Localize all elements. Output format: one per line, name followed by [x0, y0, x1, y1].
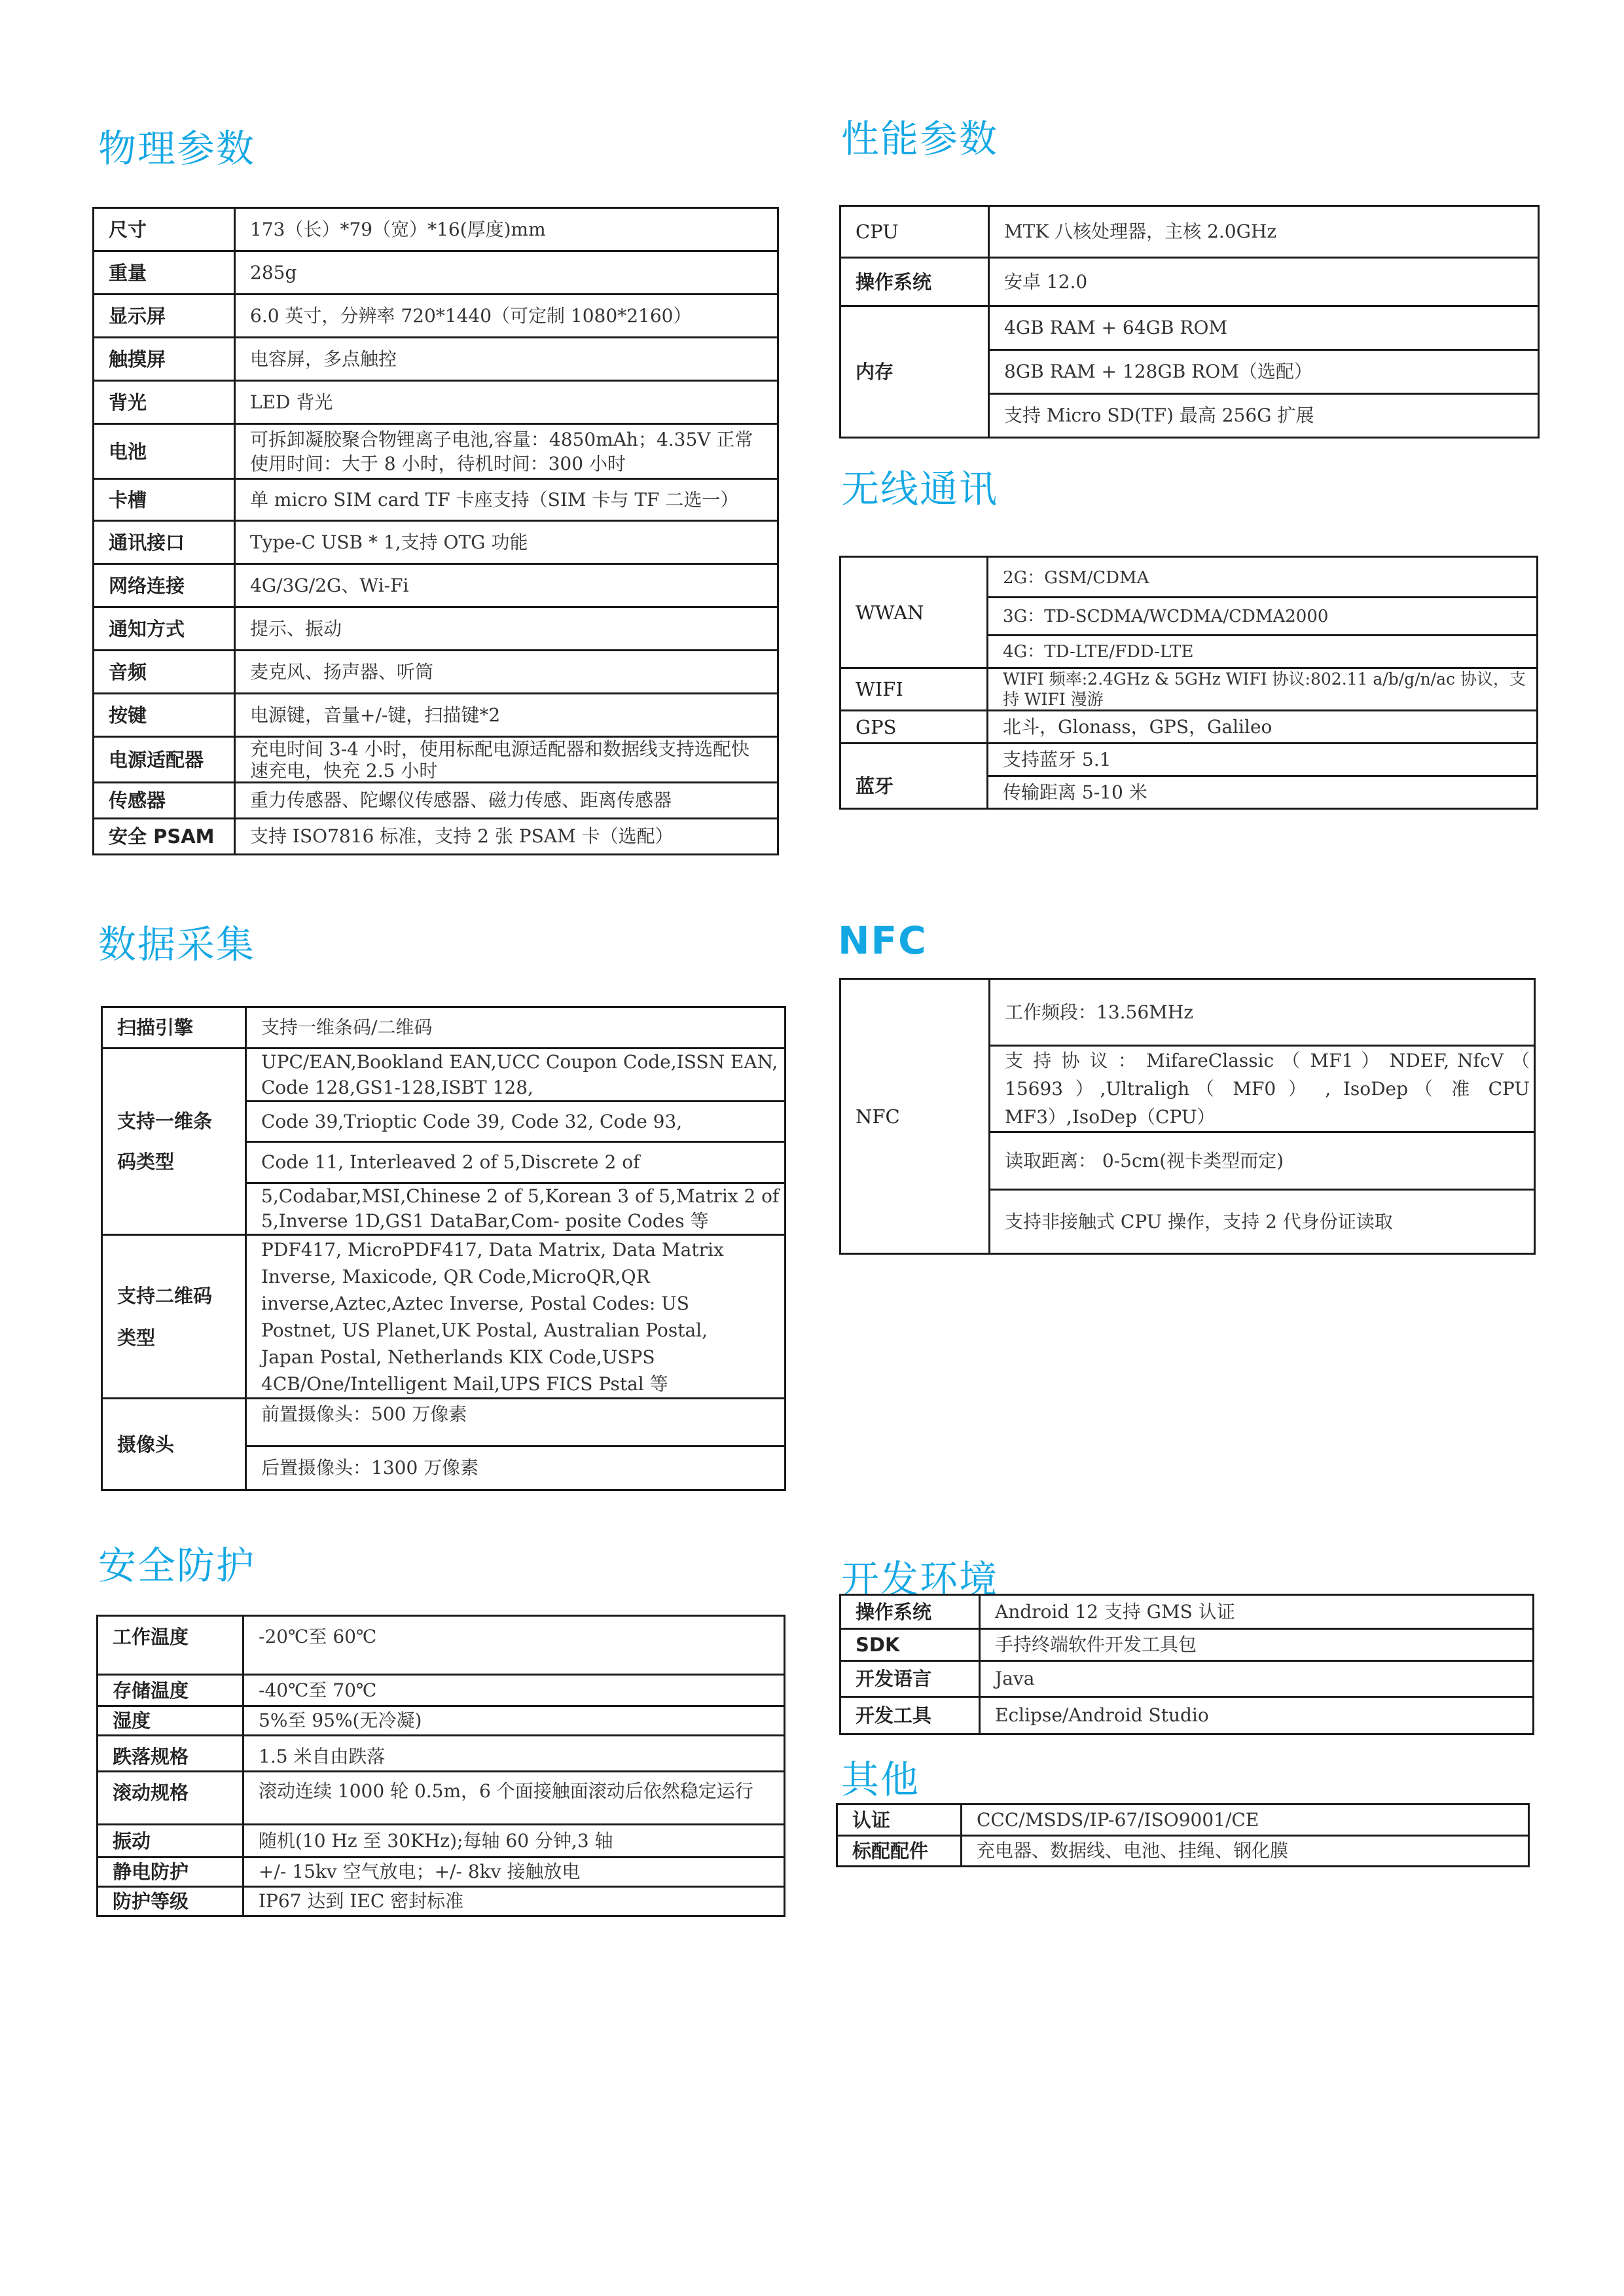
section-title-data-capture: 数据采集: [98, 925, 255, 963]
row-label: 背光: [94, 381, 235, 424]
row-value: Type-C USB * 1,支持 OTG 功能: [235, 521, 778, 564]
table-row: 内存4GB RAM + 64GB ROM: [840, 306, 1539, 350]
row-value: 随机(10 Hz 至 30KHz);每轴 60 分钟,3 轴: [244, 1825, 785, 1857]
wwan-value: 2G：GSM/CDMA: [988, 557, 1538, 598]
row-label: 操作系统: [840, 1595, 980, 1629]
table-row: 触摸屏电容屏，多点触控: [94, 338, 778, 381]
table-row: 卡槽单 micro SIM card TF 卡座支持（SIM 卡与 TF 二选一…: [94, 479, 778, 521]
gps-value: 北斗，Glonass，GPS，Galileo: [988, 711, 1538, 744]
table-row: 开发工具Eclipse/Android Studio: [840, 1697, 1534, 1734]
row-label: 静电防护: [98, 1857, 244, 1887]
table-row: 背光LED 背光: [94, 381, 778, 424]
row-label: 跌落规格: [98, 1736, 244, 1772]
bluetooth-value: 传输距离 5-10 米: [988, 776, 1538, 809]
row-label: 防护等级: [98, 1887, 244, 1916]
engine-label: 扫描引擎: [102, 1007, 246, 1049]
physical-specs-table: 尺寸173（长）*79（宽）*16(厚度)mm 重量285g 显示屏6.0 英寸…: [92, 207, 779, 855]
table-row: 工作温度-20℃至 60℃: [98, 1616, 785, 1675]
table-row: 静电防护+/- 15kv 空气放电；+/- 8kv 接触放电: [98, 1857, 785, 1887]
table-row: 显示屏6.0 英寸，分辨率 720*1440（可定制 1080*2160）: [94, 295, 778, 338]
section-title-other: 其他: [841, 1761, 920, 1799]
bluetooth-label: 蓝牙: [840, 744, 988, 809]
table-row: 蓝牙支持蓝牙 5.1: [840, 744, 1538, 776]
section-title-nfc: NFC: [838, 922, 928, 960]
section-title-performance: 性能参数: [841, 120, 998, 158]
table-row: 音频麦克风、扬声器、听筒: [94, 651, 778, 694]
nfc-value: 工作频段：13.56MHz: [990, 979, 1535, 1046]
row-value: +/- 15kv 空气放电；+/- 8kv 接触放电: [244, 1857, 785, 1887]
row-value: 1.5 米自由跌落: [244, 1736, 785, 1772]
wwan-label: WWAN: [840, 557, 988, 668]
table-row: WIFIWIFI 频率:2.4GHz & 5GHz WIFI 协议:802.11…: [840, 668, 1538, 711]
row-label: 存储温度: [98, 1675, 244, 1706]
row-value: Eclipse/Android Studio: [980, 1697, 1534, 1734]
section-title-physical: 物理参数: [98, 130, 255, 168]
row-label: 触摸屏: [94, 338, 235, 381]
table-row: 传感器重力传感器、陀螺仪传感器、磁力传感、距离传感器: [94, 783, 778, 819]
data-capture-table: 扫描引擎支持一维条码/二维码 支持一维条码类型UPC/EAN,Bookland …: [101, 1006, 786, 1491]
row-value: CCC/MSDS/IP-67/ISO9001/CE: [962, 1804, 1529, 1836]
row-value: 173（长）*79（宽）*16(厚度)mm: [235, 208, 778, 251]
row-value: -20℃至 60℃: [244, 1616, 785, 1675]
engine-value: 支持一维条码/二维码: [246, 1007, 785, 1049]
performance-specs-table: CPUMTK 八核处理器，主核 2.0GHz 操作系统安卓 12.0 内存4GB…: [839, 205, 1540, 439]
row-value: 可拆卸凝胶聚合物锂离子电池,容量：4850mAh；4.35V 正常使用时间：大于…: [235, 424, 778, 479]
wwan-value: 3G：TD-SCDMA/WCDMA/CDMA2000: [988, 598, 1538, 636]
row-value: Java: [980, 1661, 1534, 1697]
row-value: 提示、振动: [235, 607, 778, 651]
dev-env-table: 操作系统Android 12 支持 GMS 认证 SDK手持终端软件开发工具包 …: [839, 1594, 1534, 1735]
row-label: 开发语言: [840, 1661, 980, 1697]
security-table: 工作温度-20℃至 60℃ 存储温度-40℃至 70℃ 湿度5%至 95%(无冷…: [96, 1615, 785, 1917]
row-label: 认证: [837, 1804, 962, 1836]
table-row: 安全 PSAM支持 ISO7816 标准，支持 2 张 PSAM 卡（选配）: [94, 819, 778, 855]
oned-value: Code 39,Trioptic Code 39, Code 32, Code …: [246, 1102, 785, 1142]
nfc-value: 读取距离： 0-5cm(视卡类型而定): [990, 1132, 1535, 1190]
table-row: NFC工作频段：13.56MHz: [840, 979, 1535, 1046]
row-label: 传感器: [94, 783, 235, 819]
row-label: 音频: [94, 651, 235, 694]
camera-value: 后置摄像头：1300 万像素: [246, 1446, 785, 1490]
row-value: LED 背光: [235, 381, 778, 424]
row-value: 支持 ISO7816 标准，支持 2 张 PSAM 卡（选配）: [235, 819, 778, 855]
row-value: 充电器、数据线、电池、挂绳、钢化膜: [962, 1836, 1529, 1867]
table-row: 摄像头前置摄像头：500 万像素: [102, 1399, 785, 1446]
other-table: 认证CCC/MSDS/IP-67/ISO9001/CE 标配配件充电器、数据线、…: [836, 1803, 1530, 1867]
row-value: 电源键，音量+/-键，扫描键*2: [235, 694, 778, 737]
row-label: 按键: [94, 694, 235, 737]
table-row: 振动随机(10 Hz 至 30KHz);每轴 60 分钟,3 轴: [98, 1825, 785, 1857]
section-title-wireless: 无线通讯: [841, 470, 998, 508]
row-label: 网络连接: [94, 564, 235, 607]
section-title-security: 安全防护: [98, 1547, 255, 1585]
row-label: 尺寸: [94, 208, 235, 251]
table-row: 尺寸173（长）*79（宽）*16(厚度)mm: [94, 208, 778, 251]
section-title-dev-env: 开发环境: [841, 1560, 998, 1598]
nfc-value: 支 持 协 议 ： MifareClassic （ MF1 ） NDEF, Nf…: [990, 1046, 1535, 1132]
row-value: 手持终端软件开发工具包: [980, 1629, 1534, 1661]
table-row: 通知方式提示、振动: [94, 607, 778, 651]
table-row: 防护等级IP67 达到 IEC 密封标准: [98, 1887, 785, 1916]
table-row: 通讯接口Type-C USB * 1,支持 OTG 功能: [94, 521, 778, 564]
row-value: 5%至 95%(无冷凝): [244, 1706, 785, 1736]
table-row: GPS北斗，Glonass，GPS，Galileo: [840, 711, 1538, 744]
table-row: 跌落规格1.5 米自由跌落: [98, 1736, 785, 1772]
nfc-table: NFC工作频段：13.56MHz 支 持 协 议 ： MifareClassic…: [839, 978, 1536, 1255]
bluetooth-value: 支持蓝牙 5.1: [988, 744, 1538, 776]
row-label: 通讯接口: [94, 521, 235, 564]
row-value: 电容屏，多点触控: [235, 338, 778, 381]
row-value: 单 micro SIM card TF 卡座支持（SIM 卡与 TF 二选一）: [235, 479, 778, 521]
row-label: SDK: [840, 1629, 980, 1661]
camera-value: 前置摄像头：500 万像素: [246, 1399, 785, 1446]
row-value: 重力传感器、陀螺仪传感器、磁力传感、距离传感器: [235, 783, 778, 819]
os-label: 操作系统: [840, 258, 989, 306]
memory-value: 8GB RAM + 128GB ROM（选配）: [989, 350, 1539, 394]
row-value: 滚动连续 1000 轮 0.5m，6 个面接触面滚动后依然稳定运行: [244, 1772, 785, 1825]
wifi-label: WIFI: [840, 668, 988, 711]
table-row: 开发语言Java: [840, 1661, 1534, 1697]
os-value: 安卓 12.0: [989, 258, 1539, 306]
table-row: 滚动规格滚动连续 1000 轮 0.5m，6 个面接触面滚动后依然稳定运行: [98, 1772, 785, 1825]
row-value: -40℃至 70℃: [244, 1675, 785, 1706]
table-row: WWAN2G：GSM/CDMA: [840, 557, 1538, 598]
row-label: 电源适配器: [94, 737, 235, 783]
memory-label: 内存: [840, 306, 989, 438]
table-row: 支持二维码类型PDF417, MicroPDF417, Data Matrix,…: [102, 1235, 785, 1399]
row-value: 285g: [235, 251, 778, 295]
row-value: 4G/3G/2G、Wi-Fi: [235, 564, 778, 607]
table-row: 扫描引擎支持一维条码/二维码: [102, 1007, 785, 1049]
row-label: 电池: [94, 424, 235, 479]
table-row: 标配配件充电器、数据线、电池、挂绳、钢化膜: [837, 1836, 1529, 1867]
table-row: 网络连接4G/3G/2G、Wi-Fi: [94, 564, 778, 607]
row-value: 麦克风、扬声器、听筒: [235, 651, 778, 694]
row-label: 重量: [94, 251, 235, 295]
table-row: 湿度5%至 95%(无冷凝): [98, 1706, 785, 1736]
cpu-label: CPU: [840, 206, 989, 258]
nfc-value: 支持非接触式 CPU 操作，支持 2 代身份证读取: [990, 1190, 1535, 1254]
twod-label: 支持二维码类型: [102, 1235, 246, 1399]
row-value: IP67 达到 IEC 密封标准: [244, 1887, 785, 1916]
row-label: 安全 PSAM: [94, 819, 235, 855]
nfc-label: NFC: [840, 979, 990, 1254]
camera-label: 摄像头: [102, 1399, 246, 1490]
table-row: 按键电源键，音量+/-键，扫描键*2: [94, 694, 778, 737]
table-row: CPUMTK 八核处理器，主核 2.0GHz: [840, 206, 1539, 258]
table-row: 重量285g: [94, 251, 778, 295]
wwan-value: 4G：TD-LTE/FDD-LTE: [988, 636, 1538, 668]
table-row: 认证CCC/MSDS/IP-67/ISO9001/CE: [837, 1804, 1529, 1836]
table-row: 存储温度-40℃至 70℃: [98, 1675, 785, 1706]
row-label: 显示屏: [94, 295, 235, 338]
table-row: 操作系统安卓 12.0: [840, 258, 1539, 306]
gps-label: GPS: [840, 711, 988, 744]
row-label: 标配配件: [837, 1836, 962, 1867]
wifi-value: WIFI 频率:2.4GHz & 5GHz WIFI 协议:802.11 a/b…: [988, 668, 1538, 711]
oned-value: 5,Codabar,MSI,Chinese 2 of 5,Korean 3 of…: [246, 1183, 785, 1235]
table-row: 操作系统Android 12 支持 GMS 认证: [840, 1595, 1534, 1629]
cpu-value: MTK 八核处理器，主核 2.0GHz: [989, 206, 1539, 258]
oned-label: 支持一维条码类型: [102, 1049, 246, 1235]
table-row: SDK手持终端软件开发工具包: [840, 1629, 1534, 1661]
row-label: 湿度: [98, 1706, 244, 1736]
table-row: 电源适配器充电时间 3-4 小时，使用标配电源适配器和数据线支持选配快速充电，快…: [94, 737, 778, 783]
row-label: 振动: [98, 1825, 244, 1857]
table-row: 电池可拆卸凝胶聚合物锂离子电池,容量：4850mAh；4.35V 正常使用时间：…: [94, 424, 778, 479]
row-value: 充电时间 3-4 小时，使用标配电源适配器和数据线支持选配快速充电，快充 2.5…: [235, 737, 778, 783]
memory-value: 4GB RAM + 64GB ROM: [989, 306, 1539, 350]
oned-value: Code 11, Interleaved 2 of 5,Discrete 2 o…: [246, 1142, 785, 1183]
row-label: 卡槽: [94, 479, 235, 521]
table-row: 支持一维条码类型UPC/EAN,Bookland EAN,UCC Coupon …: [102, 1049, 785, 1102]
row-label: 滚动规格: [98, 1772, 244, 1825]
memory-value: 支持 Micro SD(TF) 最高 256G 扩展: [989, 394, 1539, 438]
oned-value: UPC/EAN,Bookland EAN,UCC Coupon Code,ISS…: [246, 1049, 785, 1102]
row-label: 开发工具: [840, 1697, 980, 1734]
row-value: Android 12 支持 GMS 认证: [980, 1595, 1534, 1629]
wireless-specs-table: WWAN2G：GSM/CDMA 3G：TD-SCDMA/WCDMA/CDMA20…: [839, 556, 1538, 810]
row-label: 通知方式: [94, 607, 235, 651]
row-label: 工作温度: [98, 1616, 244, 1675]
row-value: 6.0 英寸，分辨率 720*1440（可定制 1080*2160）: [235, 295, 778, 338]
twod-value: PDF417, MicroPDF417, Data Matrix, Data M…: [246, 1235, 785, 1399]
